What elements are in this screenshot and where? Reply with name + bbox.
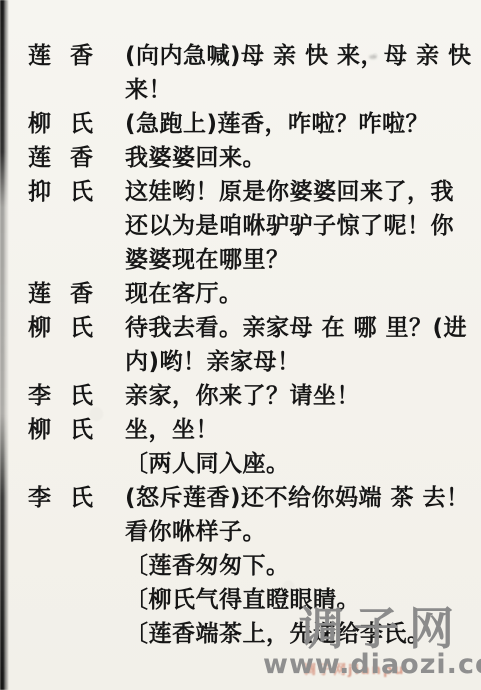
dialogue-text: 看你咻样子。 bbox=[125, 513, 266, 546]
dialogue-text: 这娃哟！原是你婆婆回来了，我 bbox=[125, 173, 454, 206]
speaker-name: 莲 香 bbox=[28, 37, 125, 70]
dialogue-text: 亲家，你来了？请坐！ bbox=[125, 377, 360, 410]
dialogue-text: 内)哟！亲家母！ bbox=[125, 343, 301, 376]
dialogue-text: 来！ bbox=[125, 71, 172, 104]
dialogue-text: 我婆婆回来。 bbox=[125, 139, 266, 172]
script-line: 莲 香现在客厅。 bbox=[28, 275, 475, 309]
dialogue-text: 还以为是咱咻驴驴子惊了呢！你 bbox=[125, 207, 454, 240]
script-line: 李 氏(怒斥莲香)还不给你妈端 茶 去！ bbox=[28, 479, 475, 513]
dialogue-text: 婆婆现在哪里？ bbox=[125, 241, 290, 274]
script-line: 抑 氏这娃哟！原是你婆婆回来了，我 bbox=[28, 173, 475, 207]
speaker-name: 莲 香 bbox=[28, 275, 125, 308]
speaker-name: 柳 氏 bbox=[28, 309, 125, 342]
script-line: 柳 氏坐，坐！ bbox=[28, 411, 475, 445]
speaker-name: 柳 氏 bbox=[28, 411, 125, 444]
dialogue-text: (怒斥莲香)还不给你妈端 茶 去！ bbox=[125, 479, 470, 512]
speaker-name: 莲 香 bbox=[28, 139, 125, 172]
watermark-site-url: www.diaozi.com bbox=[263, 649, 481, 680]
speaker-name: 柳 氏 bbox=[28, 105, 125, 138]
binding-shadow-left bbox=[0, 0, 9, 690]
dialogue-text: (向内急喊)母 亲 快 来，母 亲 快 bbox=[125, 37, 472, 70]
speaker-name: 抑 氏 bbox=[28, 173, 125, 206]
dialogue-text: 待我去看。亲家母 在 哪 里？(进 bbox=[125, 309, 467, 342]
script-line: 柳 氏待我去看。亲家母 在 哪 里？(进 bbox=[28, 309, 475, 343]
script-line: 内)哟！亲家母！ bbox=[28, 343, 475, 377]
script-line: 〔两人同入座。 bbox=[28, 445, 475, 479]
speaker-name: 李 氏 bbox=[28, 479, 125, 512]
dialogue-text: (急跑上)莲香，咋啦？咋啦？ bbox=[125, 105, 429, 138]
script-line: 莲 香我婆婆回来。 bbox=[28, 139, 475, 173]
book-page: 莲 香(向内急喊)母 亲 快 来，母 亲 快来！柳 氏(急跑上)莲香，咋啦？咋啦… bbox=[0, 0, 481, 690]
speaker-name: 李 氏 bbox=[28, 377, 125, 410]
script-line: 莲 香(向内急喊)母 亲 快 来，母 亲 快 bbox=[28, 37, 475, 71]
stage-direction: 〔两人同入座。 bbox=[125, 445, 290, 478]
stage-direction: 〔莲香匆匆下。 bbox=[125, 547, 290, 580]
watermark-site-name: 调子网 bbox=[299, 604, 464, 654]
script-line: 来！ bbox=[28, 71, 475, 105]
script-line: 看你咻样子。 bbox=[28, 513, 475, 547]
dialogue-text: 坐，坐！ bbox=[125, 411, 219, 444]
script-line: 婆婆现在哪里？ bbox=[28, 241, 475, 275]
script-line: 柳 氏(急跑上)莲香，咋啦？咋啦？ bbox=[28, 105, 475, 139]
script-line: 还以为是咱咻驴驴子惊了呢！你 bbox=[28, 207, 475, 241]
script-line: 〔莲香匆匆下。 bbox=[28, 547, 475, 581]
dialogue-text: 现在客厅。 bbox=[125, 275, 243, 308]
script-line: 李 氏亲家，你来了？请坐！ bbox=[28, 377, 475, 411]
script-text-block: 莲 香(向内急喊)母 亲 快 来，母 亲 快来！柳 氏(急跑上)莲香，咋啦？咋啦… bbox=[28, 37, 475, 649]
